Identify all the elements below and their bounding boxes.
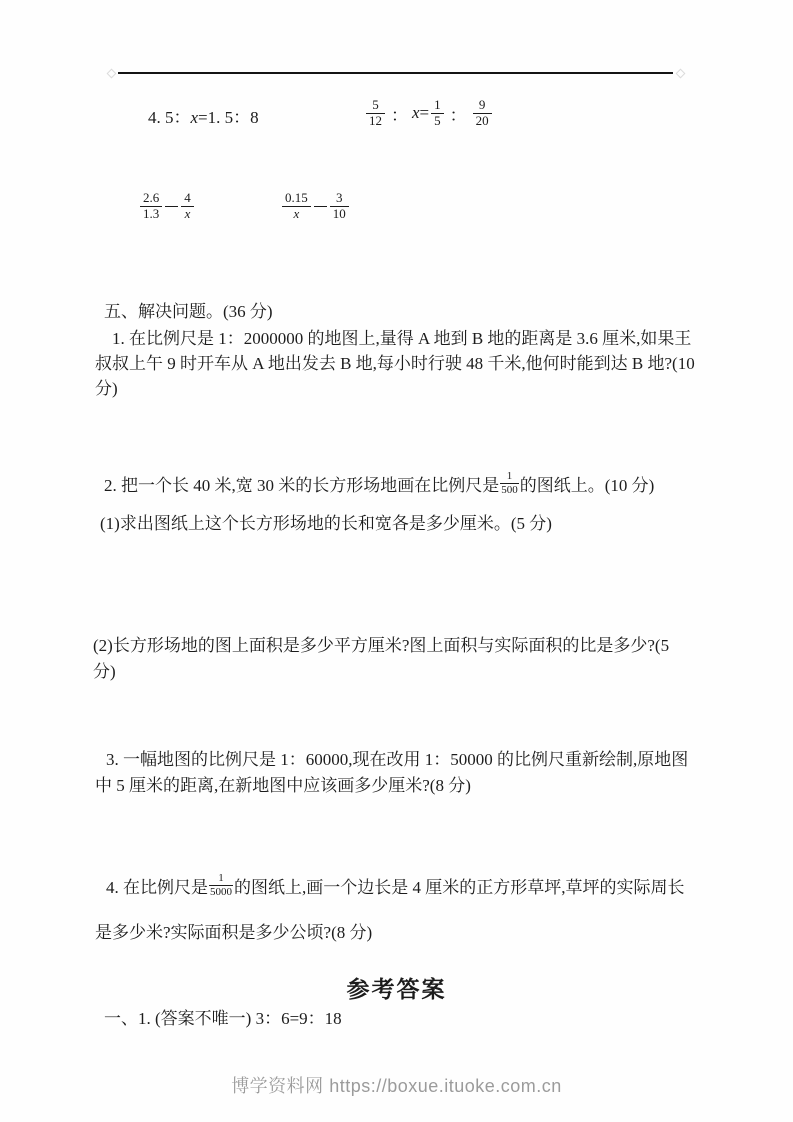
equation-2-variable: x [412,103,420,123]
equals-dash [314,206,327,208]
fraction-numerator: 4 [181,191,194,206]
fraction-2.6-1.3: 2.6 1.3 [140,191,162,222]
problem-2-sub-2-line-1: (2)长方形场地的图上面积是多少平方厘米?图上面积与实际面积的比是多少?(5 [93,635,669,656]
problem-2-sub-2-line-2: 分) [93,661,116,682]
worksheet-page: 4. 5：x=1. 5：8 5 12 ： x = 1 5 ： 9 20 2.6 … [0,0,793,1122]
equation-1: 4. 5：x=1. 5：8 [148,108,259,128]
problem-4-text-post: 的图纸上,画一个边长是 4 厘米的正方形草坪,草坪的实际周长 [234,873,685,898]
problem-1-line-1: 1. 在比例尺是 1：2000000 的地图上,量得 A 地到 B 地的距离是 … [112,328,691,349]
answers-heading: 参考答案 [0,971,793,1004]
fraction-3-10: 3 10 [330,191,349,222]
problem-2-sub-1: (1)求出图纸上这个长方形场地的长和宽各是多少厘米。(5 分) [100,513,552,534]
fraction-numerator: 0.15 [282,191,311,206]
fraction-numerator: 9 [476,98,489,113]
ratio-colon: ： [450,101,467,126]
problem-2-text-pre: 2. 把一个长 40 米,宽 30 米的长方形场地画在比例尺是 [104,471,499,496]
problem-4-line-1: 4. 在比例尺是 1 5000 的图纸上,画一个边长是 4 厘米的正方形草坪,草… [106,872,685,899]
fraction-numerator: 1 [217,872,225,885]
problem-1-line-3: 分) [95,378,118,399]
equation-4: 0.15 x 3 10 [280,191,351,222]
equation-1-variable: x [191,108,199,127]
answers-line-1: 一、1. (答案不唯一) 3：6=9：18 [104,1008,342,1029]
fraction-numerator: 3 [333,191,346,206]
top-divider [118,72,673,74]
fraction-denominator: 12 [366,114,385,129]
fraction-numerator: 2.6 [140,191,162,206]
fraction-denominator: 5 [431,114,444,129]
equation-2: 5 12 ： x = 1 5 ： 9 20 [364,98,494,129]
problem-2-text-post: 的图纸上。(10 分) [520,471,655,496]
divider-left-mark [107,69,117,79]
fraction-numerator: 5 [369,98,382,113]
fraction-denominator: 20 [473,114,492,129]
equals-sign: = [420,103,430,123]
problem-3-line-2: 中 5 厘米的距离,在新地图中应该画多少厘米?(8 分) [95,775,471,796]
ratio-colon: ： [391,101,408,126]
problem-4-line-2: 是多少米?实际面积是多少公顷?(8 分) [95,922,372,943]
fraction-9-20: 9 20 [473,98,492,129]
equation-1-pre: 4. 5： [148,108,191,127]
fraction-0.15-x: 0.15 x [282,191,311,222]
fraction-1-5000: 1 5000 [209,872,233,899]
problem-1-line-2: 叔叔上午 9 时开车从 A 地出发去 B 地,每小时行驶 48 千米,他何时能到… [95,353,695,374]
problem-3-line-1: 3. 一幅地图的比例尺是 1：60000,现在改用 1：50000 的比例尺重新… [106,749,688,770]
fraction-denominator: 5000 [209,886,233,899]
divider-right-mark [676,69,686,79]
problem-2-line-1: 2. 把一个长 40 米,宽 30 米的长方形场地画在比例尺是 1 500 的图… [104,470,654,497]
section-5-heading: 五、解决问题。(36 分) [104,301,273,322]
fraction-denominator: x [182,207,194,222]
fraction-numerator: 1 [506,470,514,483]
fraction-denominator: x [290,207,302,222]
fraction-4-x: 4 x [181,191,194,222]
problem-4-text-pre: 4. 在比例尺是 [106,873,208,898]
fraction-numerator: 1 [431,98,444,113]
equals-dash [165,206,178,208]
fraction-1-5: 1 5 [431,98,444,129]
footer-watermark-link[interactable]: 博学资料网 https://boxue.ituoke.com.cn [0,1072,793,1098]
fraction-denominator: 1.3 [140,207,162,222]
fraction-1-500: 1 500 [500,470,519,497]
equation-1-post: =1. 5：8 [198,108,259,127]
fraction-5-12: 5 12 [366,98,385,129]
fraction-denominator: 500 [500,484,519,497]
fraction-denominator: 10 [330,207,349,222]
equation-3: 2.6 1.3 4 x [138,191,196,222]
